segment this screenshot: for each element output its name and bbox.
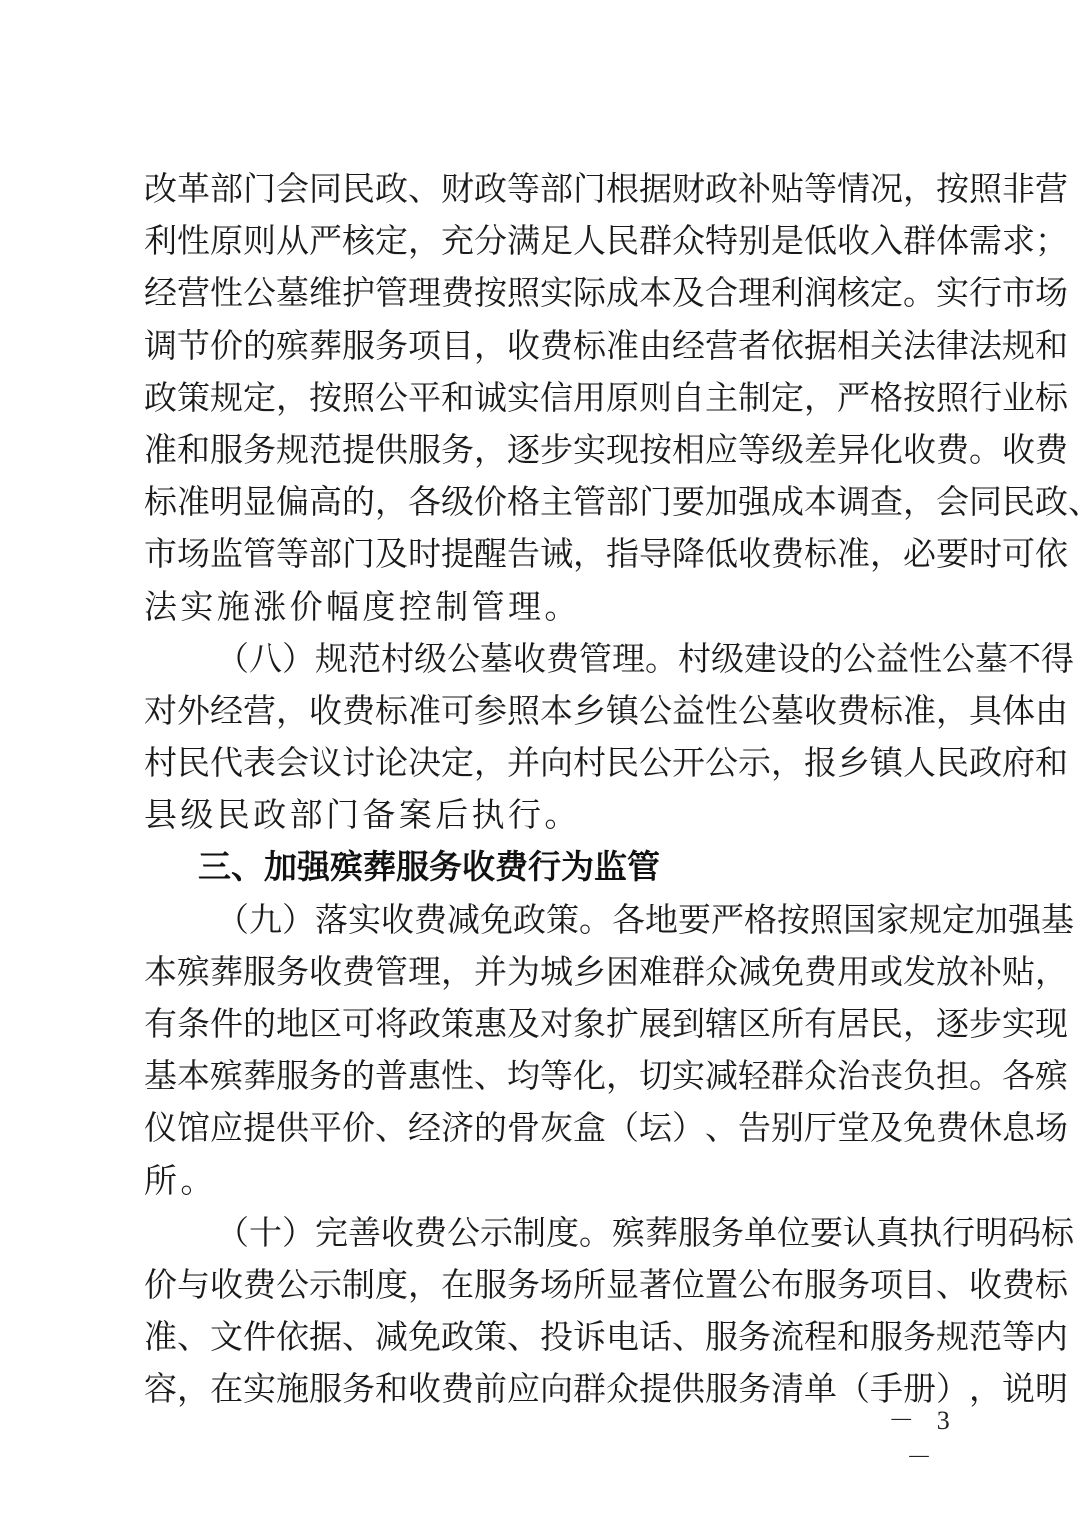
paragraph-line: 调节价的殡葬服务项目，收费标准由经营者依据相关法律法规和	[144, 320, 946, 372]
paragraph-line: 准、文件依据、减免政策、投诉电话、服务流程和服务规范等内	[144, 1311, 946, 1363]
paragraph-line: 政策规定，按照公平和诚实信用原则自主制定，严格按照行业标	[144, 372, 946, 424]
paragraph-first-line: （九）落实收费减免政策。各地要严格按照国家规定加强基	[144, 894, 946, 946]
paragraph-line: 市场监管等部门及时提醒告诫，指导降低收费标准，必要时可依	[144, 528, 946, 580]
paragraph-line: 仪馆应提供平价、经济的骨灰盒（坛）、告别厅堂及免费休息场	[144, 1102, 946, 1154]
paragraph-line: 容，在实施服务和收费前应向群众提供服务清单（手册），说明	[144, 1363, 946, 1415]
paragraph-first-line: （八）规范村级公墓收费管理。村级建设的公益性公墓不得	[144, 633, 946, 685]
document-page: 改革部门会同民政、财政等部门根据财政补贴等情况，按照非营利性原则从严核定，充分满…	[0, 0, 1080, 1527]
paragraph-line: 经营性公墓维护管理费按照实际成本及合理利润核定。实行市场	[144, 267, 946, 319]
document-body: 改革部门会同民政、财政等部门根据财政补贴等情况，按照非营利性原则从严核定，充分满…	[144, 163, 946, 1416]
paragraph-line: 法实施涨价幅度控制管理。	[144, 581, 946, 633]
paragraph-line: 价与收费公示制度，在服务场所显著位置公布服务项目、收费标	[144, 1259, 946, 1311]
paragraph-line: 有条件的地区可将政策惠及对象扩展到辖区所有居民，逐步实现	[144, 998, 946, 1050]
paragraph-line: 县级民政部门备案后执行。	[144, 789, 946, 841]
paragraph-line: 村民代表会议讨论决定，并向村民公开公示，报乡镇人民政府和	[144, 737, 946, 789]
paragraph-line: 对外经营，收费标准可参照本乡镇公益性公墓收费标准，具体由	[144, 685, 946, 737]
paragraph-first-line: （十）完善收费公示制度。殡葬服务单位要认真执行明码标	[144, 1207, 946, 1259]
section-heading: 三、加强殡葬服务收费行为监管	[144, 841, 946, 893]
paragraph-line: 利性原则从严核定，充分满足人民群众特别是低收入群体需求；	[144, 215, 946, 267]
paragraph-line: 本殡葬服务收费管理，并为城乡困难群众减免费用或发放补贴，	[144, 946, 946, 998]
paragraph-line: 准和服务规范提供服务，逐步实现按相应等级差异化收费。收费	[144, 424, 946, 476]
paragraph-line: 改革部门会同民政、财政等部门根据财政补贴等情况，按照非营	[144, 163, 946, 215]
page-number: － 3 －	[878, 1400, 968, 1474]
paragraph-line: 所。	[144, 1155, 946, 1207]
paragraph-line: 标准明显偏高的，各级价格主管部门要加强成本调查，会同民政、	[144, 476, 946, 528]
paragraph-line: 基本殡葬服务的普惠性、均等化，切实减轻群众治丧负担。各殡	[144, 1050, 946, 1102]
